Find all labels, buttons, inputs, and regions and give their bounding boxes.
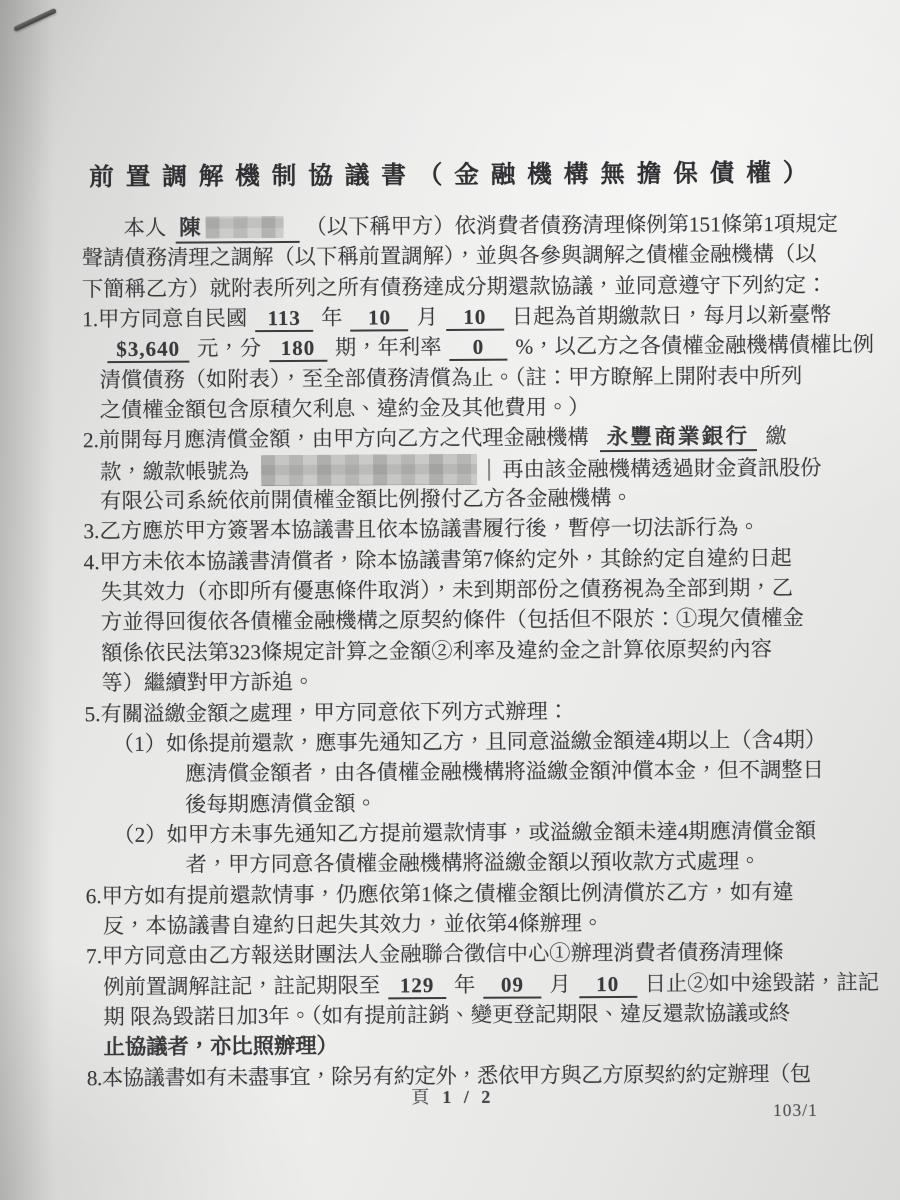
redacted-account-blur: [261, 454, 477, 486]
debtor-surname: 陳: [179, 216, 200, 240]
page-number-value: 1 / 2: [442, 1087, 494, 1107]
clause-2-text-a: 2.前開每月應清償金額，由甲方向乙方之代理金融機構: [83, 426, 589, 453]
monthly-amount-field: $3,640: [107, 337, 189, 363]
clause-4-line-1: 4.甲方未依本協議書清償者，除本協議書第7條約定外，其餘約定自違約日起: [84, 542, 870, 577]
clause-1-line-3: 清償債務（如附表），至全部債務清償為止。（註：甲方瞭解上開附表中所列: [82, 360, 868, 395]
debtor-name-field: 陳: [175, 215, 299, 244]
clause-1-text-e: 元，分: [197, 337, 261, 361]
clause-7-line-2: 例前置調解註記，註記期限至129年09月10日止②如中途毀諾，註記: [86, 967, 872, 1002]
intro-line-1: 本人陳（以下稱甲方）依消費者債務清理條例第151條第1項規定: [82, 208, 868, 243]
clause-4-line-3: 方並得回復依各債權金融機構之原契約條件（包括但不限於：①現欠債權金: [84, 603, 870, 638]
clause-1-line-1: 1.甲方同意自民國113年10月10日起為首期繳款日，每月以新臺幣: [82, 299, 868, 334]
first-payment-day-field: 10: [446, 305, 504, 331]
clause-1-text-d: 日起為首期繳款日，每月以新臺幣: [512, 303, 832, 329]
clause-5-sub1-line-2: 應清償金額者，由各債權金融機構將溢繳金額沖償本金，但不調整日: [85, 755, 871, 790]
form-code: 103/1: [773, 1100, 818, 1121]
intro-rest: （以下稱甲方）依消費者債務清理條例第151條第1項規定: [305, 212, 838, 239]
clause-5-head: 5.有關溢繳金額之處理，甲方同意依下列方式辦理：: [84, 694, 870, 729]
clause-7-line-3: 期 限為毀諾日加3年。（如有提前註銷、變更登記期限、違反還款協議或終: [86, 997, 872, 1032]
clause-5-sub2-line-1: （2）如甲方未事先通知乙方提前還款情事，或溢繳金額未達4期應清償金額: [85, 815, 871, 850]
clause-5-sub1-line-3: 後每期應清償金額。: [85, 785, 871, 820]
document-body: 本人陳（以下稱甲方）依消費者債務清理條例第151條第1項規定 聲請債務清理之調解…: [82, 208, 873, 1093]
document-sheet: 前置調解機制協議書（金融機構無擔保債權） 本人陳（以下稱甲方）依消費者債務清理條…: [0, 0, 900, 1200]
first-payment-month-field: 10: [350, 305, 408, 331]
clause-1-text-f: 期，年利率: [335, 335, 442, 360]
clause-1-line-2: $3,640元，分180期，年利率0%，以乙方之各債權金融機構債權比例: [82, 330, 868, 365]
intro-line-2: 聲請債務清理之調解（以下稱前置調解），並與各參與調解之債權金融機構（以: [82, 239, 868, 274]
clause-2-text-b: 繳: [765, 424, 786, 448]
clause-5-sub1-line-1: （1）如係提前還款，應事先通知乙方，且同意溢繳金額達4期以上（含4期）: [85, 724, 871, 759]
note-expiry-year-field: 129: [388, 973, 446, 999]
clause-1-text-b: 年: [321, 306, 342, 330]
clause-7-line-4: 止協議者，亦比照辦理）: [87, 1028, 873, 1063]
clause-2-line-3: 有限公司系統依前開債權金額比例撥付乙方各金融機構。: [83, 482, 869, 517]
scanned-document-photo: 前置調解機制協議書（金融機構無擔保債權） 本人陳（以下稱甲方）依消費者債務清理條…: [0, 0, 900, 1200]
interest-rate-field: 0: [449, 335, 507, 361]
clause-4-line-4: 額係依民法第323條規定計算之金額②利率及違約金之計算依原契約內容: [84, 633, 870, 668]
redacted-name-blur: [205, 216, 283, 238]
intro-prefix: 本人: [124, 216, 167, 240]
clause-3-line-1: 3.乙方應於甲方簽署本協議書且依本協議書履行後，暫停一切法訴行為。: [83, 512, 869, 547]
document-title: 前置調解機制協議書（金融機構無擔保債權）: [89, 154, 819, 193]
installments-field: 180: [269, 336, 327, 362]
clause-2-text-c: 款，繳款帳號為: [100, 459, 249, 484]
clause-7-text-d: 日止②如中途毀諾，註記: [645, 970, 879, 995]
clause-1-text-a: 1.甲方同意自民國: [82, 306, 247, 331]
first-payment-year-field: 113: [255, 306, 313, 332]
note-expiry-month-field: 09: [483, 972, 541, 998]
clause-1-text-g: %，以乙方之各債權金融機構債權比例: [515, 333, 874, 359]
clause-7-text-a: 例前置調解註記，註記期限至: [103, 973, 380, 999]
account-field-end-mark: [488, 459, 490, 481]
clause-2-line-2: 款，繳款帳號為再由該金融機構透過財金資訊股份: [83, 451, 869, 486]
clause-1-line-4: 之債權金額包含原積欠利息、違約金及其他費用。）: [83, 391, 869, 426]
note-expiry-day-field: 10: [579, 971, 637, 997]
clause-2-text-d: 再由該金融機構透過財金資訊股份: [502, 455, 822, 481]
clause-1-text-c: 月: [416, 305, 437, 329]
page-number: 頁1 / 2: [3, 1080, 900, 1111]
clause-5-sub2-line-2: 者，甲方同意各債權金融機構將溢繳金額以預收款方式處理。: [85, 846, 871, 881]
clause-4-line-5: 等）繼續對甲方訴追。: [84, 664, 870, 699]
clause-7-line-1: 7.甲方同意由乙方報送財團法人金融聯合徵信中心①辦理消費者債務清理條: [86, 937, 872, 972]
clause-7-text-c: 月: [549, 972, 570, 996]
clause-4-line-2: 失其效力（亦即所有優惠條件取消），未到期部份之債務視為全部到期，乙: [84, 573, 870, 608]
clause-6-line-1: 6.甲方如有提前還款情事，仍應依第1條之債權金額比例清償於乙方，如有違: [86, 876, 872, 911]
agent-bank-field: 永豐商業銀行: [600, 425, 757, 453]
clause-7-text-b: 年: [454, 972, 475, 996]
page-number-label: 頁: [411, 1087, 432, 1107]
clause-6-line-2: 反，本協議書自違約日起失其效力，並依第4條辦理。: [86, 906, 872, 941]
clause-2-line-1: 2.前開每月應清償金額，由甲方向乙方之代理金融機構永豐商業銀行繳: [83, 421, 869, 456]
intro-line-3: 下簡稱乙方）就附表所列之所有債務達成分期還款協議，並同意遵守下列約定：: [82, 269, 868, 304]
